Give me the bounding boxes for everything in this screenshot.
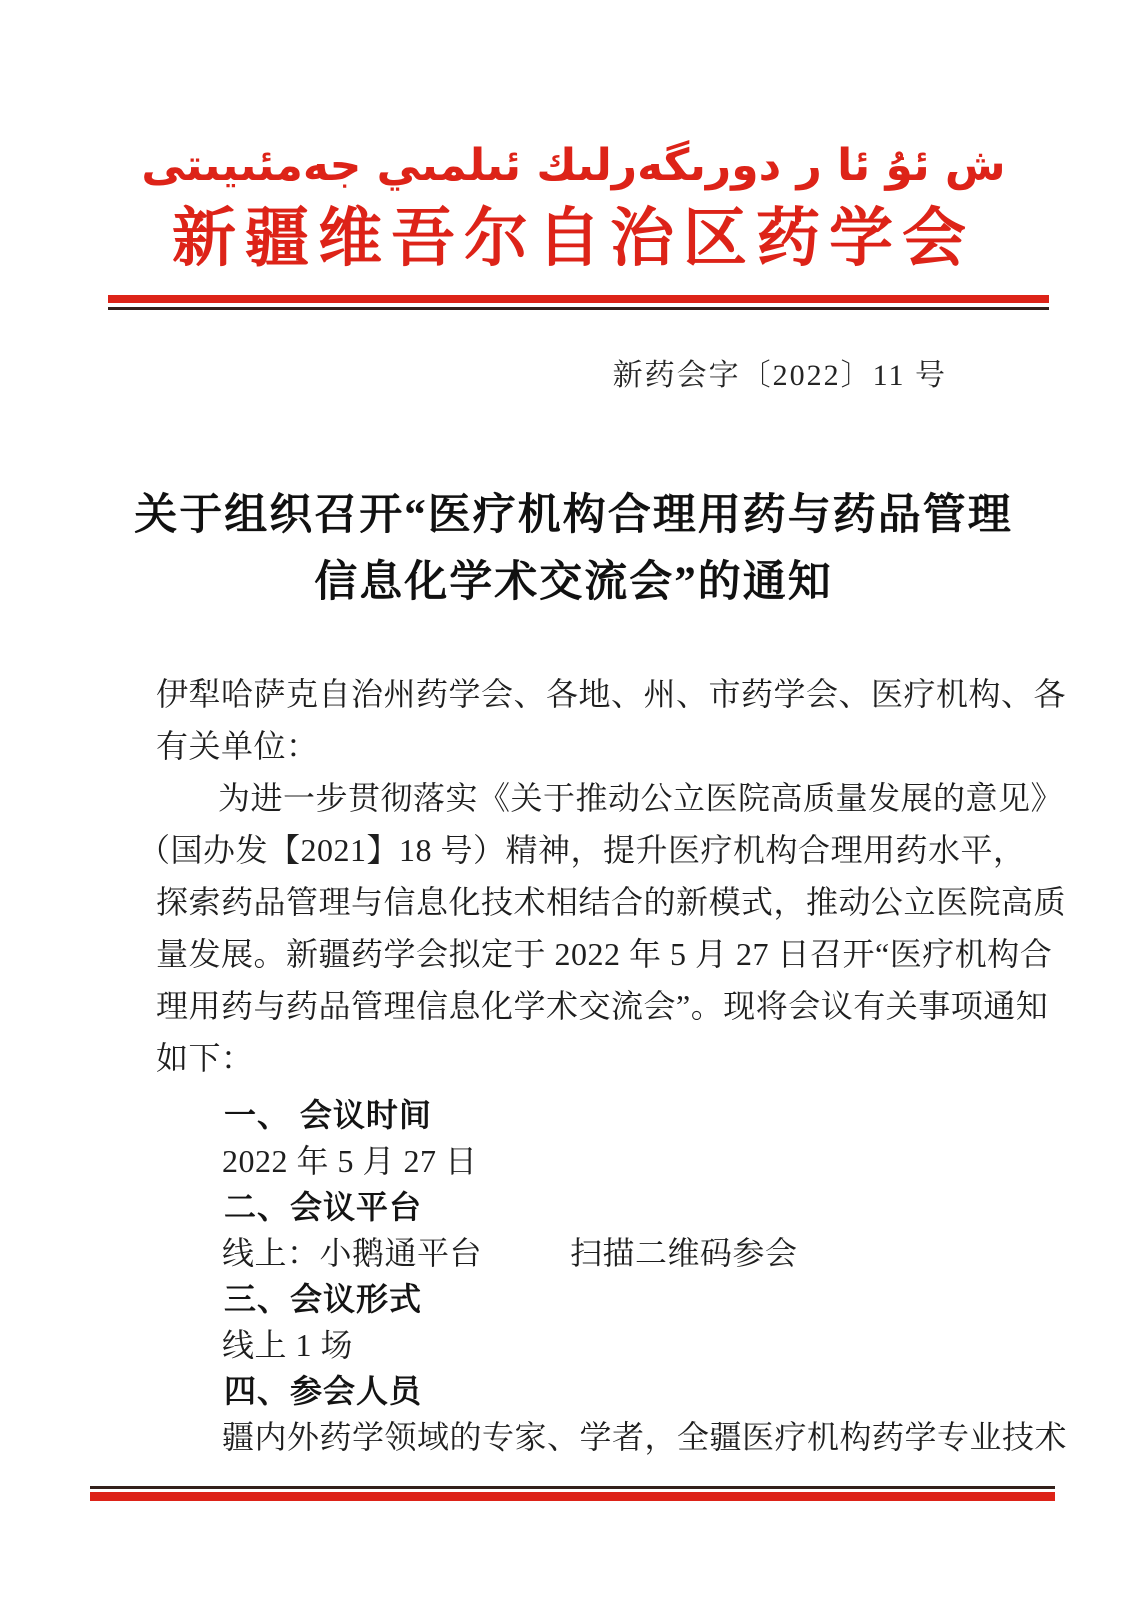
document-body: 伊犁哈萨克自治州药学会、各地、州、市药学会、医疗机构、各 有关单位： 为进一步贯… (156, 668, 1007, 1460)
footer-dark-line (90, 1486, 1055, 1489)
letterhead: ش ئۇ ئا ر دورىگەرلىك ئىلمىي جەمئىيىتى 新疆… (0, 0, 1147, 310)
footer-red-line (90, 1492, 1055, 1501)
format-line: 线上 1 场 (156, 1322, 1007, 1368)
document-page: ش ئۇ ئا ر دورىگەرلىك ئىلمىي جەمئىيىتى 新疆… (0, 0, 1147, 1600)
divider-red-line (108, 295, 1049, 303)
paragraph-line: 如下： (156, 1032, 1007, 1084)
paragraph-line: 量发展。新疆药学会拟定于 2022 年 5 月 27 日召开“医疗机构合 (156, 928, 1007, 980)
org-name-chinese: 新疆维吾尔自治区药学会 (0, 199, 1147, 279)
document-title: 关于组织召开“医疗机构合理用药与药品管理 信息化学术交流会”的通知 (60, 482, 1087, 616)
divider-dark-line (108, 307, 1049, 310)
paragraph-line: 探索药品管理与信息化技术相结合的新模式，推动公立医院高质 (156, 876, 1007, 928)
paragraph-line: 为进一步贯彻落实《关于推动公立医院高质量发展的意见》 (156, 772, 1007, 824)
org-name-uyghur: ش ئۇ ئا ر دورىگەرلىك ئىلمىي جەمئىيىتى (0, 138, 1147, 193)
salutation-line-2: 有关单位： (156, 720, 1007, 772)
platform-text: 线上：小鹅通平台 (222, 1235, 482, 1271)
paragraph-line: 理用药与药品管理信息化学术交流会”。现将会议有关事项通知 (156, 980, 1007, 1032)
letterhead-divider (108, 295, 1049, 310)
title-line-1: 关于组织召开“医疗机构合理用药与药品管理 (60, 482, 1087, 549)
section-heading-meeting-time: 一、 会议时间 (156, 1092, 1007, 1138)
section-heading-meeting-format: 三、会议形式 (156, 1276, 1007, 1322)
salutation-line-1: 伊犁哈萨克自治州药学会、各地、州、市药学会、医疗机构、各 (156, 668, 1007, 720)
platform-line: 线上：小鹅通平台扫描二维码参会 (156, 1230, 1007, 1276)
paragraph-line: （国办发【2021】18 号）精神，提升医疗机构合理用药水平， (138, 824, 1007, 876)
document-number: 新药会字〔2022〕11 号 (0, 350, 1147, 394)
footer-divider (90, 1486, 1055, 1501)
section-heading-participants: 四、参会人员 (156, 1368, 1007, 1414)
title-line-2: 信息化学术交流会”的通知 (60, 549, 1087, 616)
participants-line: 疆内外药学领域的专家、学者，全疆医疗机构药学专业技术 (156, 1414, 1007, 1460)
section-heading-meeting-platform: 二、会议平台 (156, 1184, 1007, 1230)
qr-scan-text: 扫描二维码参会 (570, 1235, 798, 1271)
meeting-date: 2022 年 5 月 27 日 (156, 1138, 1007, 1184)
